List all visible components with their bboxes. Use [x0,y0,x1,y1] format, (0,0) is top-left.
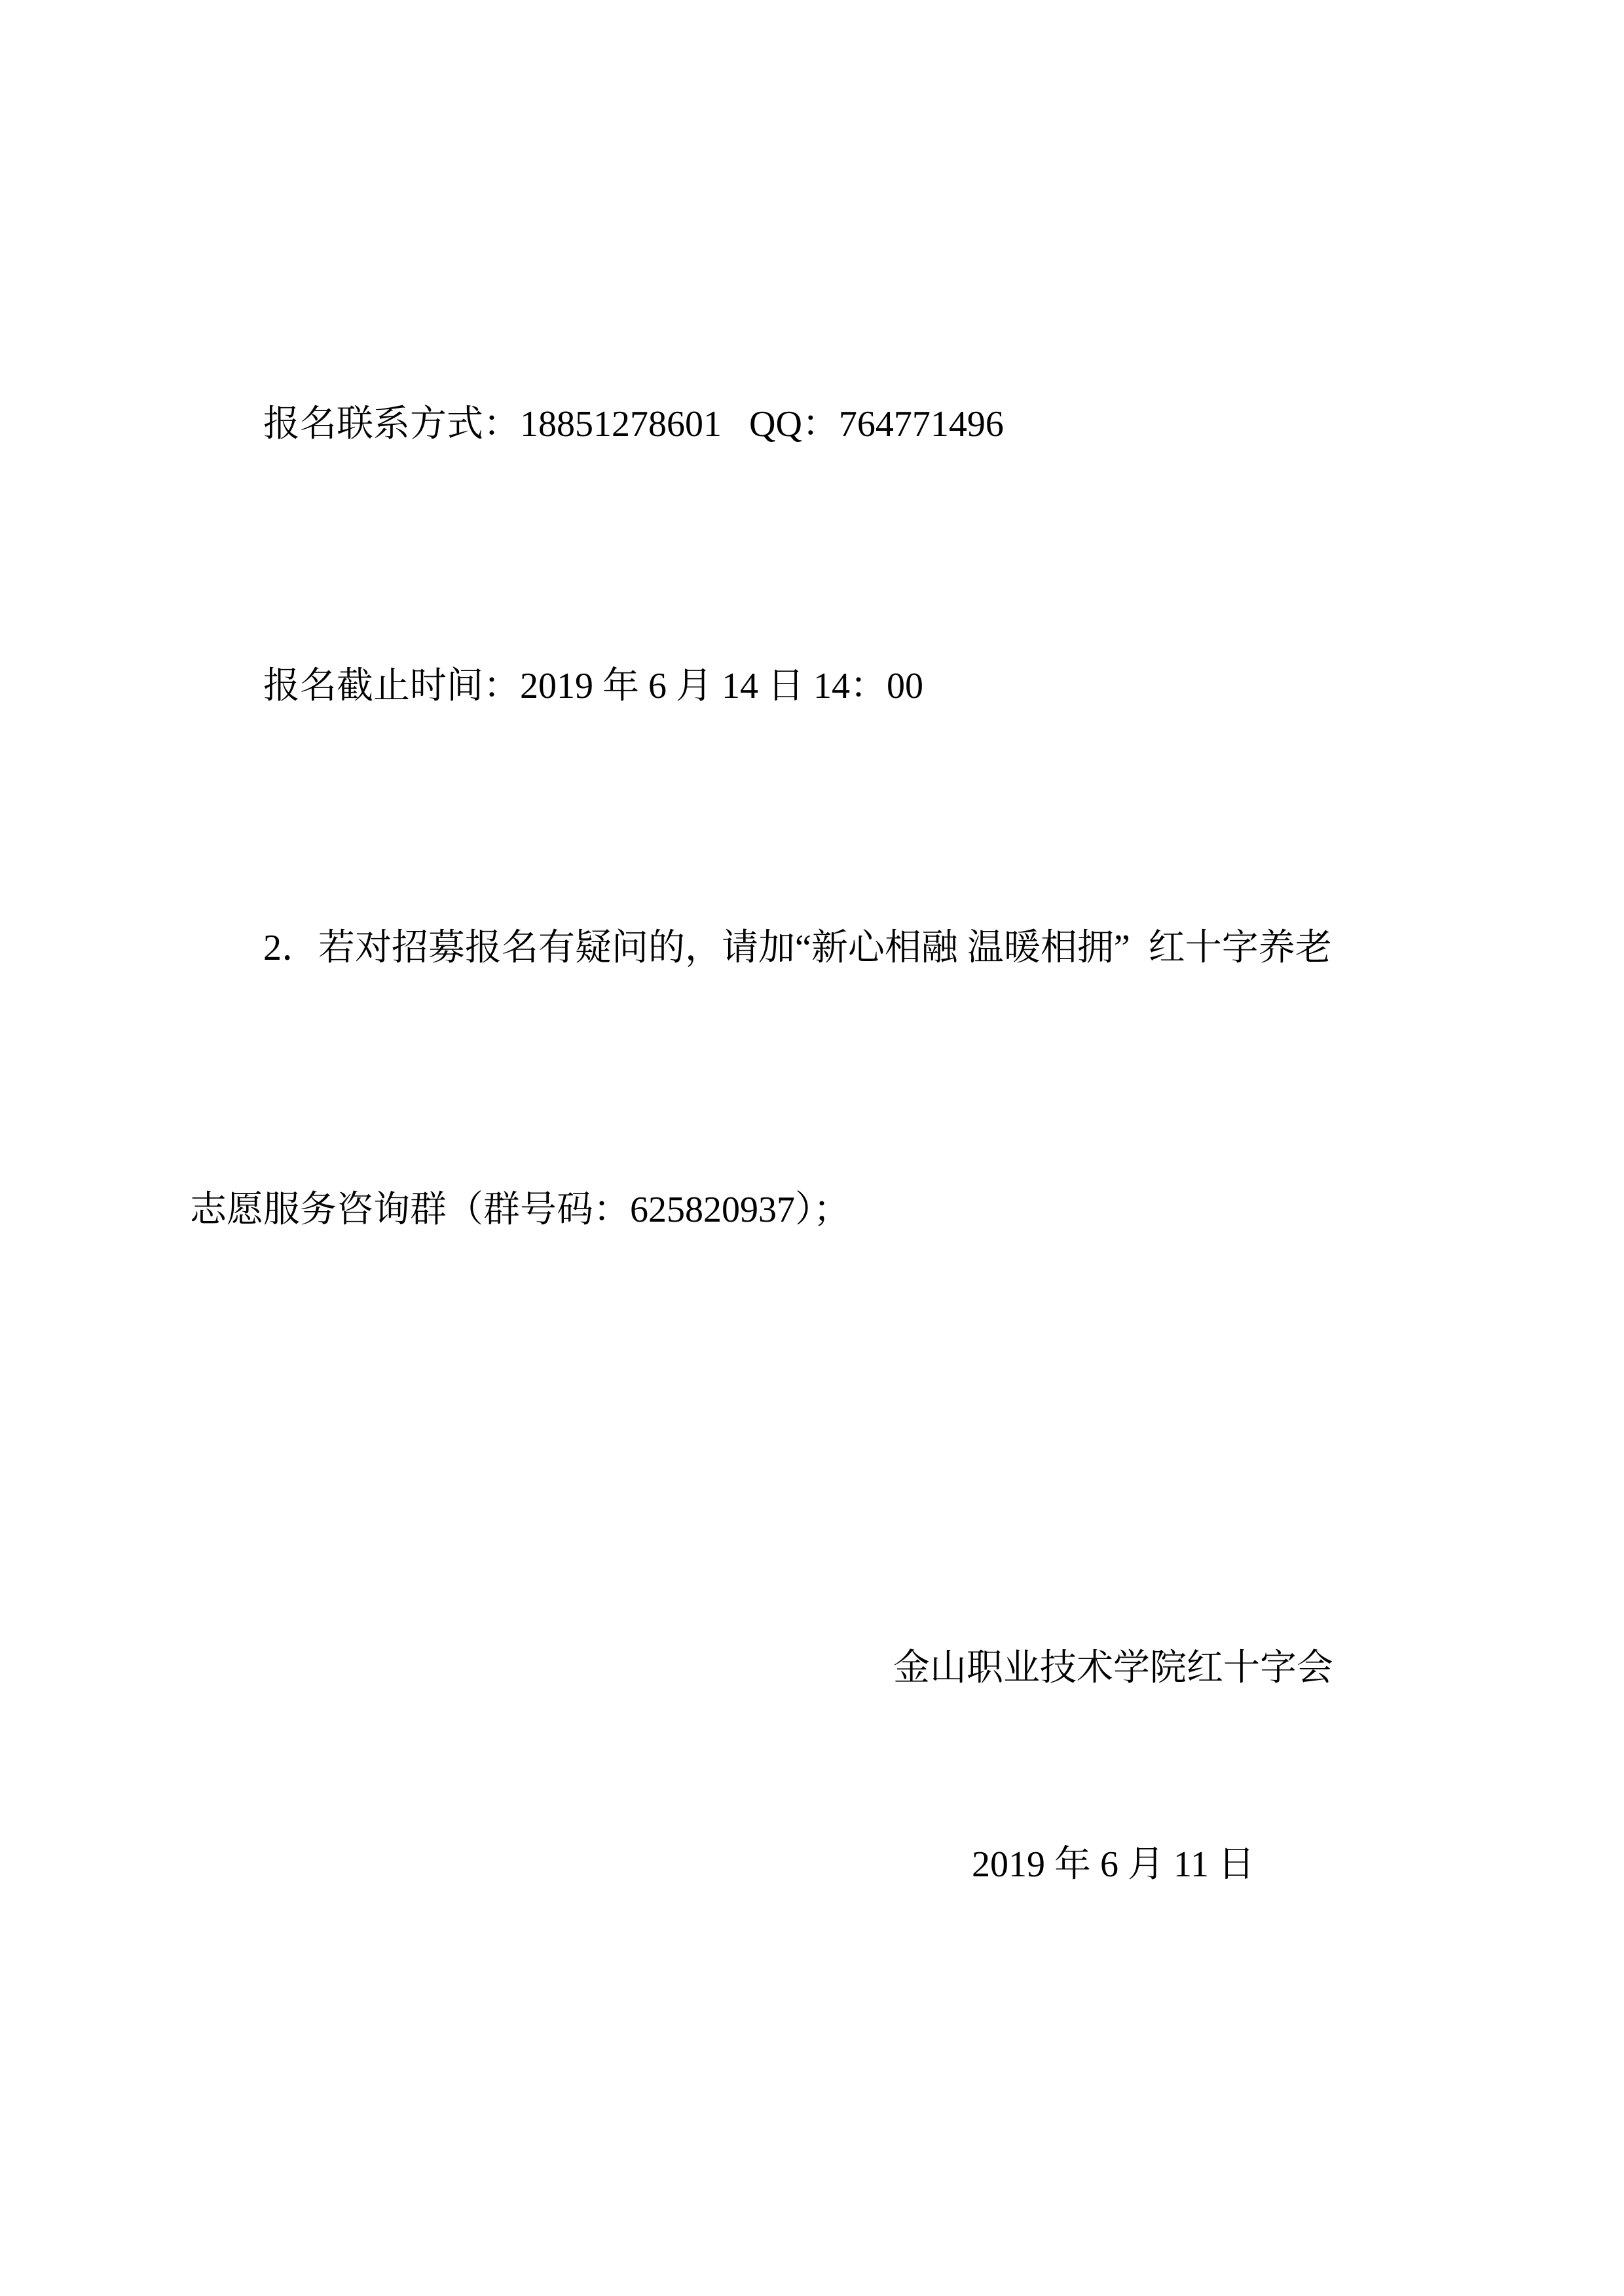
document-text-block: 报名联系方式：18851278601 QQ：764771496 报名截止时间：2… [190,195,1428,2225]
signature-block: 金山职业技术学院红十字会 2019 年 6 月 11 日 [799,1504,1428,2028]
note-paragraph-line-1: 2．若对招募报名有疑问的，请加“新心相融 温暖相拥” 红十字养老 [190,915,1428,981]
contact-info-line: 报名联系方式：18851278601 QQ：764771496 [190,392,1428,457]
document-page: { "document": { "paragraphs": { "contact… [0,0,1624,2296]
registration-deadline-line: 报名截止时间：2019 年 6 月 14 日 14：00 [190,653,1428,719]
signature-organization: 金山职业技术学院红十字会 [799,1635,1428,1701]
page-background: 报名联系方式：18851278601 QQ：764771496 报名截止时间：2… [0,0,1624,2296]
signature-date: 2019 年 6 月 11 日 [799,1832,1428,1897]
note-paragraph-line-2: 志愿服务咨询群（群号码：625820937）； [190,1177,1428,1243]
